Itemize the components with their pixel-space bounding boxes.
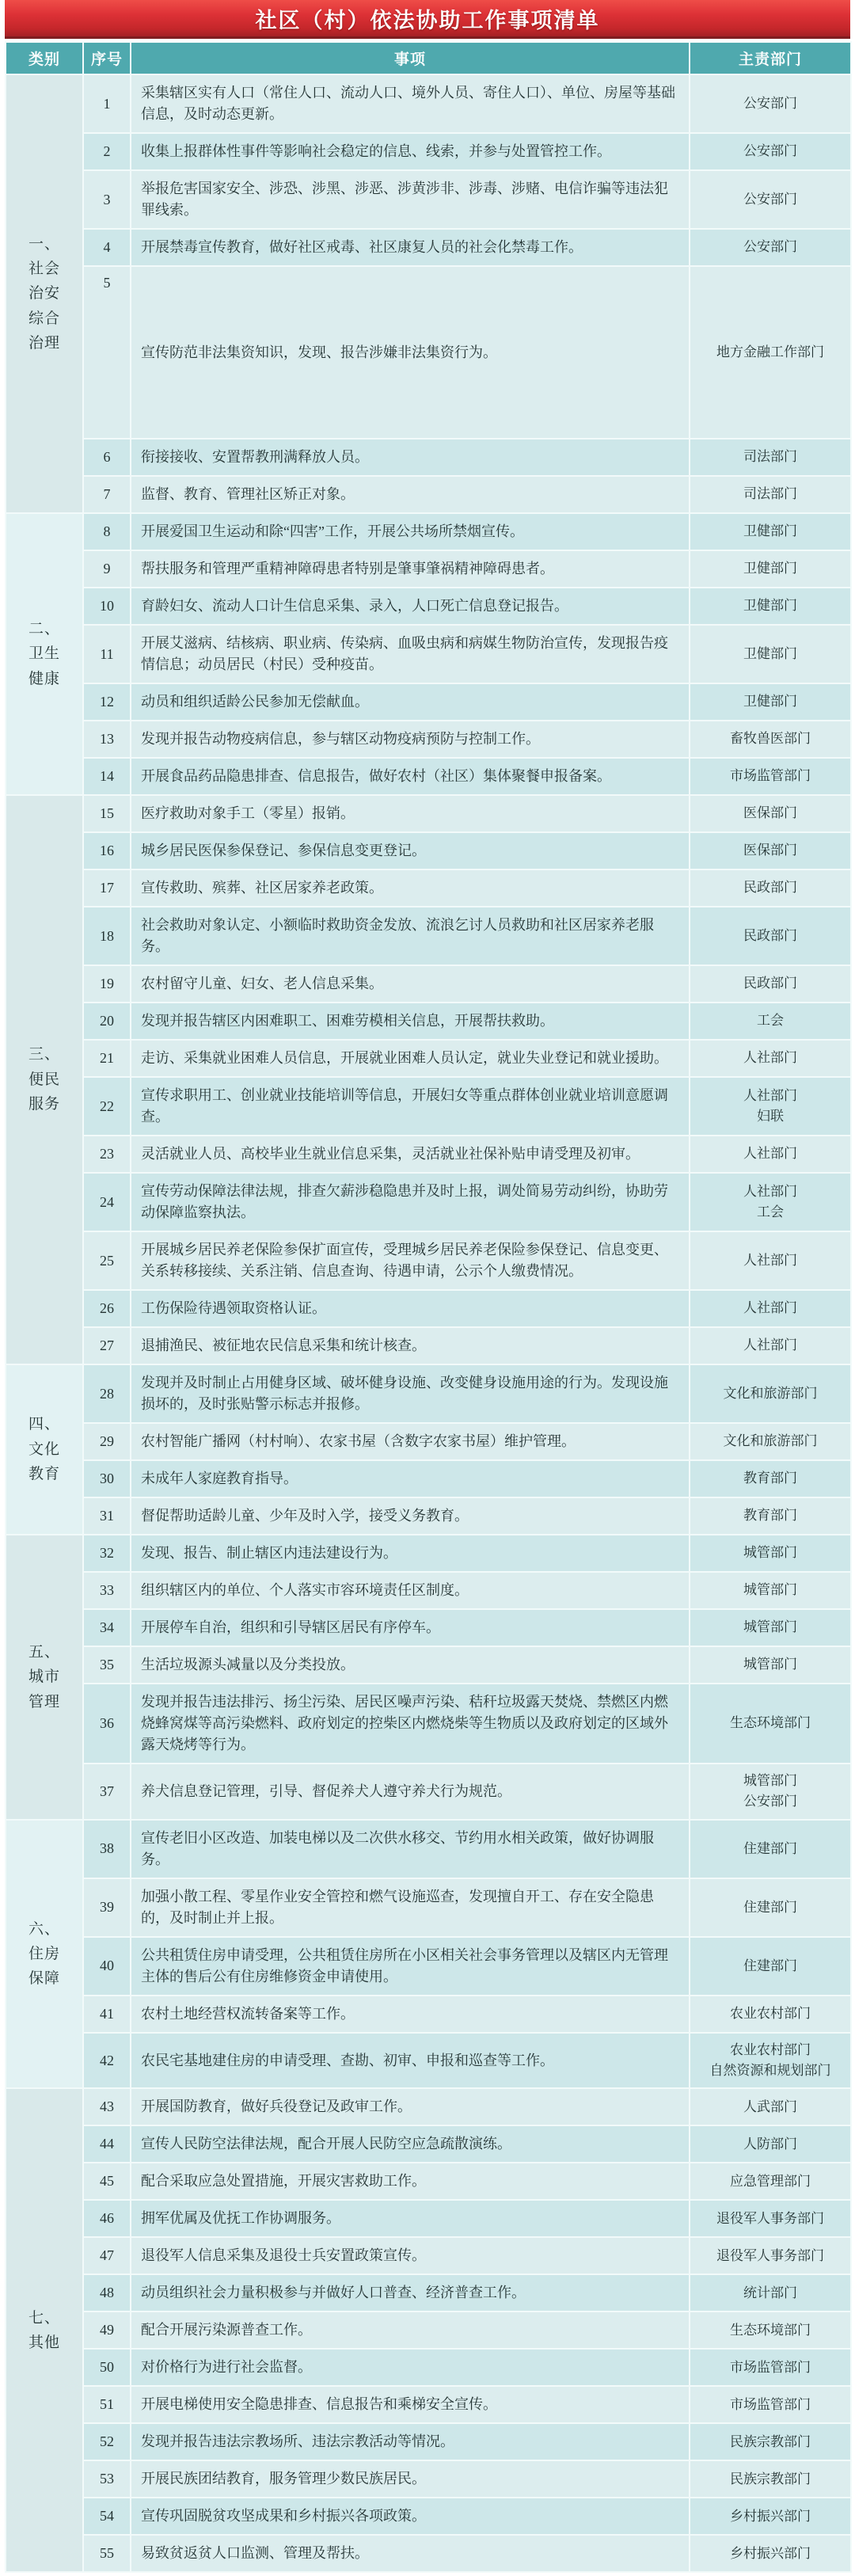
dept-cell: 人社部门 [690, 1290, 851, 1327]
dept-cell: 民政部门 [690, 965, 851, 1003]
item-cell: 开展禁毒宣传教育，做好社区戒毒、社区康复人员的社会化禁毒工作。 [131, 229, 690, 266]
row-number: 24 [83, 1173, 131, 1231]
row-number: 32 [83, 1535, 131, 1572]
table-row: 53开展民族团结教育，服务管理少数民族居民。民族宗教部门 [6, 2460, 851, 2498]
table-row: 50对价格行为进行社会监督。市场监管部门 [6, 2349, 851, 2386]
column-header-item: 事项 [131, 42, 690, 74]
item-cell: 配合开展污染源普查工作。 [131, 2312, 690, 2349]
row-number: 13 [83, 721, 131, 758]
item-cell: 对价格行为进行社会监督。 [131, 2349, 690, 2386]
table-row: 5宣传防范非法集资知识，发现、报告涉嫌非法集资行为。地方金融工作部门 [6, 266, 851, 439]
item-cell: 监督、教育、管理社区矫正对象。 [131, 476, 690, 513]
item-cell: 帮扶服务和管理严重精神障碍患者特别是肇事肇祸精神障碍患者。 [131, 550, 690, 588]
table-row: 30未成年人家庭教育指导。教育部门 [6, 1460, 851, 1497]
item-cell: 城乡居民医保参保登记、参保信息变更登记。 [131, 832, 690, 869]
item-cell: 农村土地经营权流转备案等工作。 [131, 1996, 690, 2033]
table-row: 13发现并报告动物疫病信息，参与辖区动物疫病预防与控制工作。畜牧兽医部门 [6, 721, 851, 758]
row-number: 47 [83, 2237, 131, 2274]
table-row: 21走访、采集就业困难人员信息，开展就业困难人员认定，就业失业登记和就业援助。人… [6, 1040, 851, 1077]
row-number: 26 [83, 1290, 131, 1327]
table-row: 三、便民服务15医疗救助对象手工（零星）报销。医保部门 [6, 795, 851, 832]
item-cell: 发现并及时制止占用健身区域、破坏健身设施、改变健身设施用途的行为。发现设施损坏的… [131, 1364, 690, 1423]
table-row: 14开展食品药品隐患排查、信息报告，做好农村（社区）集体聚餐申报备案。市场监管部… [6, 758, 851, 795]
category-label: 六、住房保障 [28, 1917, 61, 1992]
item-cell: 拥军优属及优抚工作协调服务。 [131, 2200, 690, 2237]
dept-cell: 医保部门 [690, 795, 851, 832]
item-cell: 宣传求职用工、创业就业技能培训等信息，开展妇女等重点群体创业就业培训意愿调查。 [131, 1077, 690, 1136]
item-cell: 农村智能广播网（村村响）、农家书屋（含数字农家书屋）维护管理。 [131, 1423, 690, 1460]
category-cell: 四、文化教育 [6, 1364, 83, 1535]
table-row: 一、社会治安综合治理1采集辖区实有人口（常住人口、流动人口、境外人员、寄住人口）… [6, 74, 851, 133]
table-row: 12动员和组织适龄公民参加无偿献血。卫健部门 [6, 683, 851, 721]
dept-cell: 人社部门 [690, 1231, 851, 1290]
table-row: 11开展艾滋病、结核病、职业病、传染病、血吸虫病和病媒生物防治宣传，发现报告疫情… [6, 625, 851, 683]
table-row: 3举报危害国家安全、涉恐、涉黑、涉恶、涉黄涉非、涉毒、涉赌、电信诈骗等违法犯罪线… [6, 170, 851, 229]
row-number: 25 [83, 1231, 131, 1290]
dept-cell: 乡村振兴部门 [690, 2498, 851, 2535]
column-header-no: 序号 [83, 42, 131, 74]
row-number: 4 [83, 229, 131, 266]
dept-cell: 退役军人事务部门 [690, 2200, 851, 2237]
row-number: 8 [83, 513, 131, 550]
dept-cell: 卫健部门 [690, 513, 851, 550]
item-cell: 易致贫返贫人口监测、管理及帮扶。 [131, 2535, 690, 2572]
row-number: 1 [83, 74, 131, 133]
dept-cell: 民族宗教部门 [690, 2423, 851, 2460]
dept-cell: 城管部门 [690, 1535, 851, 1572]
row-number: 43 [83, 2088, 131, 2125]
dept-cell: 住建部门 [690, 1878, 851, 1937]
item-cell: 宣传救助、殡葬、社区居家养老政策。 [131, 869, 690, 907]
row-number: 31 [83, 1497, 131, 1535]
dept-cell: 生态环境部门 [690, 2312, 851, 2349]
item-cell: 配合采取应急处置措施，开展灾害救助工作。 [131, 2163, 690, 2200]
table-row: 34开展停车自治，组织和引导辖区居民有序停车。城管部门 [6, 1609, 851, 1646]
row-number: 3 [83, 170, 131, 229]
item-cell: 动员和组织适龄公民参加无偿献血。 [131, 683, 690, 721]
item-cell: 督促帮助适龄儿童、少年及时入学，接受义务教育。 [131, 1497, 690, 1535]
dept-cell: 统计部门 [690, 2274, 851, 2312]
dept-cell: 公安部门 [690, 74, 851, 133]
table-row: 7监督、教育、管理社区矫正对象。司法部门 [6, 476, 851, 513]
row-number: 11 [83, 625, 131, 683]
table-row: 2收集上报群体性事件等影响社会稳定的信息、线索，并参与处置管控工作。公安部门 [6, 133, 851, 170]
row-number: 22 [83, 1077, 131, 1136]
table-row: 16城乡居民医保参保登记、参保信息变更登记。医保部门 [6, 832, 851, 869]
item-cell: 灵活就业人员、高校毕业生就业信息采集，灵活就业社保补贴申请受理及初审。 [131, 1136, 690, 1173]
dept-cell: 卫健部门 [690, 550, 851, 588]
row-number: 38 [83, 1820, 131, 1878]
item-cell: 退役军人信息采集及退役士兵安置政策宣传。 [131, 2237, 690, 2274]
category-cell: 二、卫生健康 [6, 513, 83, 795]
row-number: 27 [83, 1327, 131, 1364]
item-cell: 采集辖区实有人口（常住人口、流动人口、境外人员、寄住人口）、单位、房屋等基础信息… [131, 74, 690, 133]
category-cell: 五、城市管理 [6, 1535, 83, 1820]
row-number: 10 [83, 588, 131, 625]
category-label: 二、卫生健康 [28, 617, 61, 691]
table-row: 五、城市管理32发现、报告、制止辖区内违法建设行为。城管部门 [6, 1535, 851, 1572]
table-row: 29农村智能广播网（村村响）、农家书屋（含数字农家书屋）维护管理。文化和旅游部门 [6, 1423, 851, 1460]
row-number: 14 [83, 758, 131, 795]
category-label: 一、社会治安综合治理 [28, 232, 61, 356]
table-row: 4开展禁毒宣传教育，做好社区戒毒、社区康复人员的社会化禁毒工作。公安部门 [6, 229, 851, 266]
table-row: 10育龄妇女、流动人口计生信息采集、录入，人口死亡信息登记报告。卫健部门 [6, 588, 851, 625]
dept-cell: 住建部门 [690, 1937, 851, 1996]
work-items-table: 类别 序号 事项 主责部门 一、社会治安综合治理1采集辖区实有人口（常住人口、流… [5, 41, 852, 2573]
table-row: 39加强小散工程、零星作业安全管控和燃气设施巡查，发现擅自开工、存在安全隐患的，… [6, 1878, 851, 1937]
dept-cell: 城管部门 [690, 1609, 851, 1646]
dept-cell: 地方金融工作部门 [690, 266, 851, 439]
dept-cell: 司法部门 [690, 476, 851, 513]
table-row: 54宣传巩固脱贫攻坚成果和乡村振兴各项政策。乡村振兴部门 [6, 2498, 851, 2535]
category-cell: 六、住房保障 [6, 1820, 83, 2089]
item-cell: 发现、报告、制止辖区内违法建设行为。 [131, 1535, 690, 1572]
row-number: 49 [83, 2312, 131, 2349]
table-body: 一、社会治安综合治理1采集辖区实有人口（常住人口、流动人口、境外人员、寄住人口）… [6, 74, 851, 2572]
dept-cell: 公安部门 [690, 229, 851, 266]
dept-cell: 市场监管部门 [690, 758, 851, 795]
table-row: 9帮扶服务和管理严重精神障碍患者特别是肇事肇祸精神障碍患者。卫健部门 [6, 550, 851, 588]
row-number: 19 [83, 965, 131, 1003]
item-cell: 开展民族团结教育，服务管理少数民族居民。 [131, 2460, 690, 2498]
dept-cell: 民族宗教部门 [690, 2460, 851, 2498]
row-number: 30 [83, 1460, 131, 1497]
table-row: 27退捕渔民、被征地农民信息采集和统计核查。人社部门 [6, 1327, 851, 1364]
item-cell: 退捕渔民、被征地农民信息采集和统计核查。 [131, 1327, 690, 1364]
dept-cell: 市场监管部门 [690, 2349, 851, 2386]
table-row: 23灵活就业人员、高校毕业生就业信息采集，灵活就业社保补贴申请受理及初审。人社部… [6, 1136, 851, 1173]
table-row: 25开展城乡居民养老保险参保扩面宣传，受理城乡居民养老保险参保登记、信息变更、关… [6, 1231, 851, 1290]
item-cell: 宣传巩固脱贫攻坚成果和乡村振兴各项政策。 [131, 2498, 690, 2535]
row-number: 6 [83, 439, 131, 476]
dept-cell: 工会 [690, 1003, 851, 1040]
row-number: 2 [83, 133, 131, 170]
dept-cell: 医保部门 [690, 832, 851, 869]
table-row: 44宣传人民防空法律法规，配合开展人民防空应急疏散演练。人防部门 [6, 2125, 851, 2163]
table-row: 49配合开展污染源普查工作。生态环境部门 [6, 2312, 851, 2349]
item-cell: 农村留守儿童、妇女、老人信息采集。 [131, 965, 690, 1003]
page-title: 社区（村）依法协助工作事项清单 [5, 0, 850, 39]
item-cell: 组织辖区内的单位、个人落实市容环境责任区制度。 [131, 1572, 690, 1609]
item-cell: 举报危害国家安全、涉恐、涉黑、涉恶、涉黄涉非、涉毒、涉赌、电信诈骗等违法犯罪线索… [131, 170, 690, 229]
dept-cell: 人社部门 [690, 1040, 851, 1077]
dept-cell: 住建部门 [690, 1820, 851, 1878]
table-row: 36发现并报告违法排污、扬尘污染、居民区噪声污染、秸秆垃圾露天焚烧、禁燃区内燃烧… [6, 1684, 851, 1764]
dept-cell: 公安部门 [690, 170, 851, 229]
item-cell: 宣传劳动保障法律法规，排查欠薪涉稳隐患并及时上报，调处简易劳动纠纷，协助劳动保障… [131, 1173, 690, 1231]
table-row: 45配合采取应急处置措施，开展灾害救助工作。应急管理部门 [6, 2163, 851, 2200]
item-cell: 开展停车自治，组织和引导辖区居民有序停车。 [131, 1609, 690, 1646]
dept-cell: 城管部门 [690, 1646, 851, 1684]
dept-cell: 人防部门 [690, 2125, 851, 2163]
table-row: 31督促帮助适龄儿童、少年及时入学，接受义务教育。教育部门 [6, 1497, 851, 1535]
item-cell: 衔接接收、安置帮教刑满释放人员。 [131, 439, 690, 476]
column-header-dept: 主责部门 [690, 42, 851, 74]
dept-cell: 人社部门 [690, 1327, 851, 1364]
table-row: 40公共租赁住房申请受理，公共租赁住房所在小区相关社会事务管理以及辖区内无管理主… [6, 1937, 851, 1996]
table-row: 37养犬信息登记管理，引导、督促养犬人遵守养犬行为规范。城管部门 公安部门 [6, 1764, 851, 1820]
item-cell: 农民宅基地建住房的申请受理、查勘、初审、申报和巡查等工作。 [131, 2033, 690, 2089]
category-cell: 七、其他 [6, 2088, 83, 2572]
item-cell: 工伤保险待遇领取资格认证。 [131, 1290, 690, 1327]
row-number: 39 [83, 1878, 131, 1937]
dept-cell: 人社部门 妇联 [690, 1077, 851, 1136]
item-cell: 宣传防范非法集资知识，发现、报告涉嫌非法集资行为。 [131, 266, 690, 439]
dept-cell: 民政部门 [690, 907, 851, 965]
dept-cell: 人社部门 [690, 1136, 851, 1173]
row-number: 12 [83, 683, 131, 721]
item-cell: 走访、采集就业困难人员信息，开展就业困难人员认定，就业失业登记和就业援助。 [131, 1040, 690, 1077]
dept-cell: 卫健部门 [690, 588, 851, 625]
row-number: 15 [83, 795, 131, 832]
dept-cell: 卫健部门 [690, 683, 851, 721]
category-label: 四、文化教育 [28, 1412, 61, 1486]
row-number: 28 [83, 1364, 131, 1423]
row-number: 46 [83, 2200, 131, 2237]
item-cell: 未成年人家庭教育指导。 [131, 1460, 690, 1497]
item-cell: 开展艾滋病、结核病、职业病、传染病、血吸虫病和病媒生物防治宣传，发现报告疫情信息… [131, 625, 690, 683]
category-cell: 一、社会治安综合治理 [6, 74, 83, 513]
table-row: 17宣传救助、殡葬、社区居家养老政策。民政部门 [6, 869, 851, 907]
item-cell: 发现并报告违法排污、扬尘污染、居民区噪声污染、秸秆垃圾露天焚烧、禁燃区内燃烧蜂窝… [131, 1684, 690, 1764]
row-number: 44 [83, 2125, 131, 2163]
item-cell: 医疗救助对象手工（零星）报销。 [131, 795, 690, 832]
item-cell: 开展电梯使用安全隐患排查、信息报告和乘梯安全宣传。 [131, 2386, 690, 2423]
item-cell: 动员组织社会力量积极参与并做好人口普查、经济普查工作。 [131, 2274, 690, 2312]
table-row: 六、住房保障38宣传老旧小区改造、加装电梯以及二次供水移交、节约用水相关政策，做… [6, 1820, 851, 1878]
table-row: 41农村土地经营权流转备案等工作。农业农村部门 [6, 1996, 851, 2033]
table-row: 52发现并报告违法宗教场所、违法宗教活动等情况。民族宗教部门 [6, 2423, 851, 2460]
item-cell: 开展爱国卫生运动和除“四害”工作，开展公共场所禁烟宣传。 [131, 513, 690, 550]
dept-cell: 农业农村部门 [690, 1996, 851, 2033]
dept-cell: 市场监管部门 [690, 2386, 851, 2423]
row-number: 45 [83, 2163, 131, 2200]
dept-cell: 教育部门 [690, 1460, 851, 1497]
dept-cell: 乡村振兴部门 [690, 2535, 851, 2572]
dept-cell: 退役军人事务部门 [690, 2237, 851, 2274]
header-row: 类别 序号 事项 主责部门 [6, 42, 851, 74]
row-number: 42 [83, 2033, 131, 2089]
dept-cell: 教育部门 [690, 1497, 851, 1535]
category-cell: 三、便民服务 [6, 795, 83, 1364]
row-number: 33 [83, 1572, 131, 1609]
column-header-category: 类别 [6, 42, 83, 74]
item-cell: 开展国防教育，做好兵役登记及政审工作。 [131, 2088, 690, 2125]
row-number: 40 [83, 1937, 131, 1996]
dept-cell: 城管部门 [690, 1572, 851, 1609]
dept-cell: 生态环境部门 [690, 1684, 851, 1764]
row-number: 9 [83, 550, 131, 588]
dept-cell: 公安部门 [690, 133, 851, 170]
item-cell: 开展城乡居民养老保险参保扩面宣传，受理城乡居民养老保险参保登记、信息变更、关系转… [131, 1231, 690, 1290]
item-cell: 发现并报告动物疫病信息，参与辖区动物疫病预防与控制工作。 [131, 721, 690, 758]
row-number: 37 [83, 1764, 131, 1820]
table-row: 48动员组织社会力量积极参与并做好人口普查、经济普查工作。统计部门 [6, 2274, 851, 2312]
row-number: 16 [83, 832, 131, 869]
table-row: 46拥军优属及优抚工作协调服务。退役军人事务部门 [6, 2200, 851, 2237]
item-cell: 收集上报群体性事件等影响社会稳定的信息、线索，并参与处置管控工作。 [131, 133, 690, 170]
item-cell: 加强小散工程、零星作业安全管控和燃气设施巡查，发现擅自开工、存在安全隐患的，及时… [131, 1878, 690, 1937]
table-row: 22宣传求职用工、创业就业技能培训等信息，开展妇女等重点群体创业就业培训意愿调查… [6, 1077, 851, 1136]
row-number: 51 [83, 2386, 131, 2423]
item-cell: 养犬信息登记管理，引导、督促养犬人遵守养犬行为规范。 [131, 1764, 690, 1820]
table-row: 26工伤保险待遇领取资格认证。人社部门 [6, 1290, 851, 1327]
category-label: 三、便民服务 [28, 1042, 61, 1117]
row-number: 29 [83, 1423, 131, 1460]
item-cell: 宣传老旧小区改造、加装电梯以及二次供水移交、节约用水相关政策，做好协调服务。 [131, 1820, 690, 1878]
dept-cell: 司法部门 [690, 439, 851, 476]
item-cell: 育龄妇女、流动人口计生信息采集、录入，人口死亡信息登记报告。 [131, 588, 690, 625]
row-number: 52 [83, 2423, 131, 2460]
row-number: 17 [83, 869, 131, 907]
row-number: 23 [83, 1136, 131, 1173]
row-number: 50 [83, 2349, 131, 2386]
table-row: 6衔接接收、安置帮教刑满释放人员。司法部门 [6, 439, 851, 476]
dept-cell: 人武部门 [690, 2088, 851, 2125]
row-number: 55 [83, 2535, 131, 2572]
category-label: 五、城市管理 [28, 1640, 61, 1714]
dept-cell: 文化和旅游部门 [690, 1423, 851, 1460]
dept-cell: 应急管理部门 [690, 2163, 851, 2200]
item-cell: 社会救助对象认定、小额临时救助资金发放、流浪乞讨人员救助和社区居家养老服务。 [131, 907, 690, 965]
table-row: 19农村留守儿童、妇女、老人信息采集。民政部门 [6, 965, 851, 1003]
item-cell: 开展食品药品隐患排查、信息报告，做好农村（社区）集体聚餐申报备案。 [131, 758, 690, 795]
category-label: 七、其他 [28, 2306, 61, 2356]
table-row: 42农民宅基地建住房的申请受理、查勘、初审、申报和巡查等工作。农业农村部门 自然… [6, 2033, 851, 2089]
table-row: 18社会救助对象认定、小额临时救助资金发放、流浪乞讨人员救助和社区居家养老服务。… [6, 907, 851, 965]
dept-cell: 城管部门 公安部门 [690, 1764, 851, 1820]
table-row: 20发现并报告辖区内困难职工、困难劳模相关信息，开展帮扶救助。工会 [6, 1003, 851, 1040]
table-row: 51开展电梯使用安全隐患排查、信息报告和乘梯安全宣传。市场监管部门 [6, 2386, 851, 2423]
row-number: 48 [83, 2274, 131, 2312]
item-cell: 发现并报告违法宗教场所、违法宗教活动等情况。 [131, 2423, 690, 2460]
item-cell: 发现并报告辖区内困难职工、困难劳模相关信息，开展帮扶救助。 [131, 1003, 690, 1040]
row-number: 34 [83, 1609, 131, 1646]
row-number: 5 [83, 266, 131, 439]
table-row: 55易致贫返贫人口监测、管理及帮扶。乡村振兴部门 [6, 2535, 851, 2572]
table-row: 24宣传劳动保障法律法规，排查欠薪涉稳隐患并及时上报，调处简易劳动纠纷，协助劳动… [6, 1173, 851, 1231]
row-number: 21 [83, 1040, 131, 1077]
item-cell: 生活垃圾源头减量以及分类投放。 [131, 1646, 690, 1684]
dept-cell: 民政部门 [690, 869, 851, 907]
table-row: 33组织辖区内的单位、个人落实市容环境责任区制度。城管部门 [6, 1572, 851, 1609]
item-cell: 宣传人民防空法律法规，配合开展人民防空应急疏散演练。 [131, 2125, 690, 2163]
table-row: 47退役军人信息采集及退役士兵安置政策宣传。退役军人事务部门 [6, 2237, 851, 2274]
table-row: 35生活垃圾源头减量以及分类投放。城管部门 [6, 1646, 851, 1684]
row-number: 36 [83, 1684, 131, 1764]
row-number: 7 [83, 476, 131, 513]
dept-cell: 农业农村部门 自然资源和规划部门 [690, 2033, 851, 2089]
page: 社区（村）依法协助工作事项清单 类别 序号 事项 主责部门 一、社会治安综合治理… [0, 0, 855, 2576]
table-row: 七、其他43开展国防教育，做好兵役登记及政审工作。人武部门 [6, 2088, 851, 2125]
dept-cell: 文化和旅游部门 [690, 1364, 851, 1423]
table-row: 二、卫生健康8开展爱国卫生运动和除“四害”工作，开展公共场所禁烟宣传。卫健部门 [6, 513, 851, 550]
row-number: 53 [83, 2460, 131, 2498]
row-number: 35 [83, 1646, 131, 1684]
row-number: 20 [83, 1003, 131, 1040]
dept-cell: 人社部门 工会 [690, 1173, 851, 1231]
row-number: 41 [83, 1996, 131, 2033]
table-row: 四、文化教育28发现并及时制止占用健身区域、破坏健身设施、改变健身设施用途的行为… [6, 1364, 851, 1423]
row-number: 54 [83, 2498, 131, 2535]
dept-cell: 畜牧兽医部门 [690, 721, 851, 758]
row-number: 18 [83, 907, 131, 965]
dept-cell: 卫健部门 [690, 625, 851, 683]
item-cell: 公共租赁住房申请受理，公共租赁住房所在小区相关社会事务管理以及辖区内无管理主体的… [131, 1937, 690, 1996]
